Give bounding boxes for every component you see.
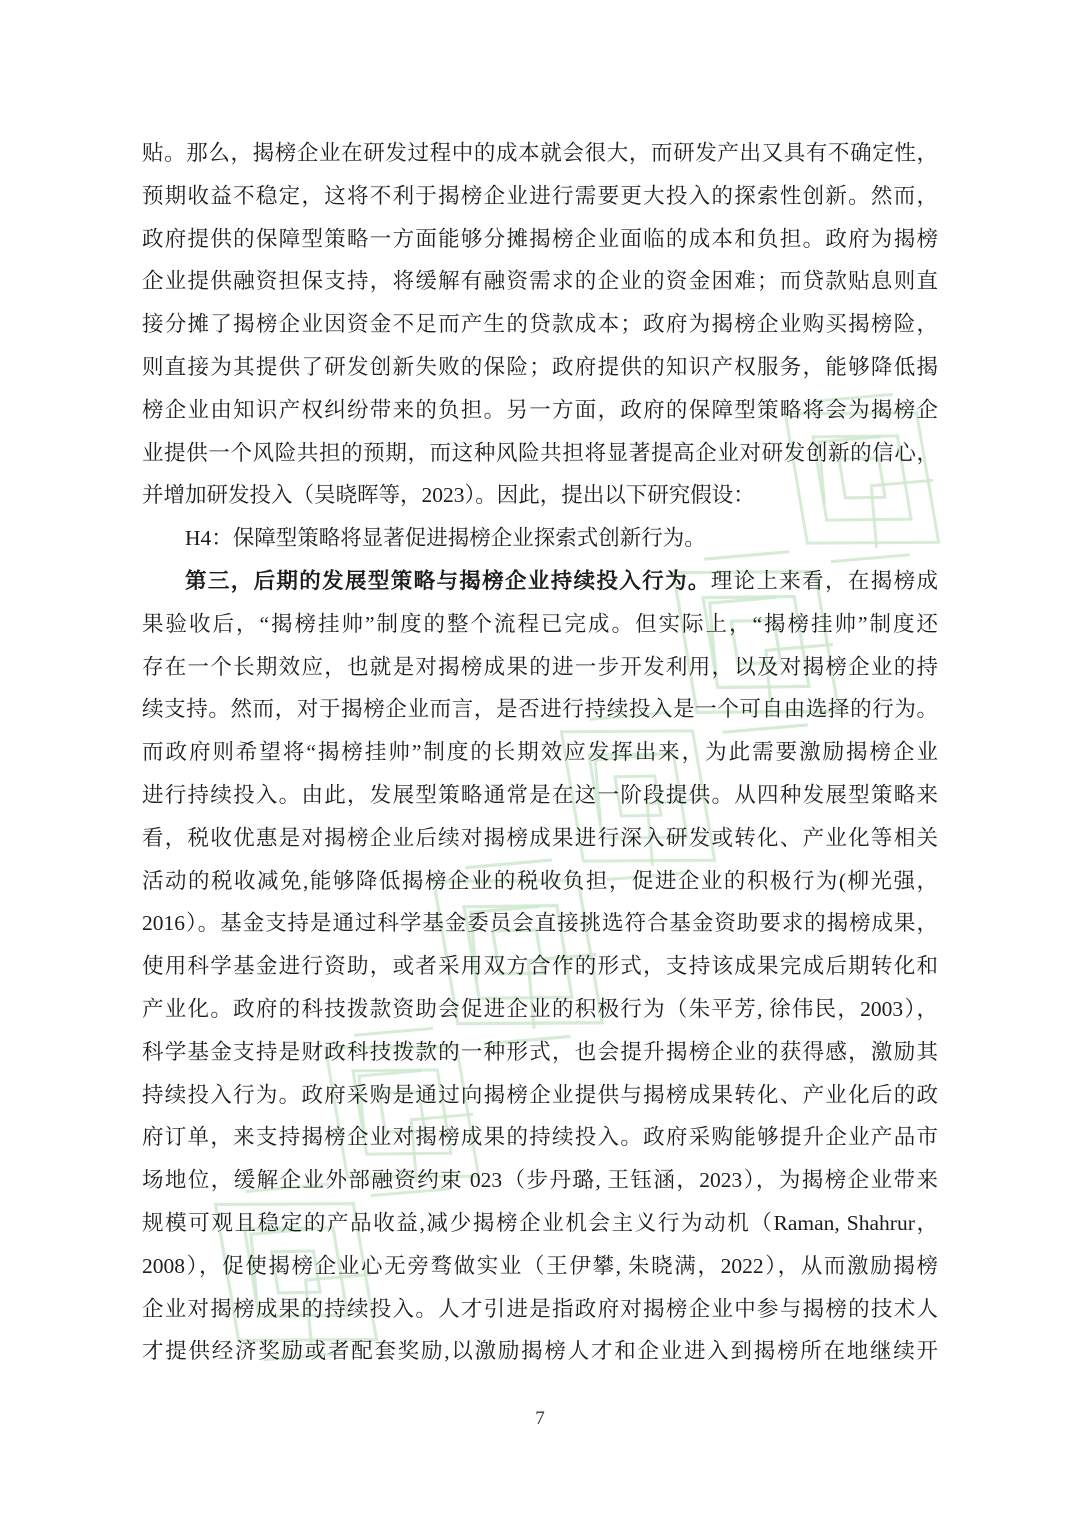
text-line: 则直接为其提供了研发创新失败的保险；政府提供的知识产权服务，能够降低揭 xyxy=(142,346,938,389)
text-line: 存在一个长期效应，也就是对揭榜成果的进一步开发利用，以及对揭榜企业的持 xyxy=(142,646,938,689)
text-line: 接分摊了揭榜企业因资金不足而产生的贷款成本；政府为揭榜企业购买揭榜险， xyxy=(142,303,938,346)
document-page: 贴。那么，揭榜企业在研发过程中的成本就会很大，而研发产出又具有不确定性，预期收益… xyxy=(0,0,1080,1526)
text-line: 续支持。然而，对于揭榜企业而言，是否进行持续投入是一个可自由选择的行为。 xyxy=(142,688,938,731)
text-line: 而政府则希望将“揭榜挂帅”制度的长期效应发挥出来，为此需要激励揭榜企业 xyxy=(142,731,938,774)
page-body-text: 贴。那么，揭榜企业在研发过程中的成本就会很大，而研发产出又具有不确定性，预期收益… xyxy=(142,132,938,1373)
text-line: 预期收益不稳定，这将不利于揭榜企业进行需要更大投入的探索性创新。然而， xyxy=(142,175,938,218)
text-line: 第三，后期的发展型策略与揭榜企业持续投入行为。理论上来看，在揭榜成 xyxy=(142,560,938,603)
text-line: 政府提供的保障型策略一方面能够分摊揭榜企业面临的成本和负担。政府为揭榜 xyxy=(142,218,938,261)
text-line: 进行持续投入。由此，发展型策略通常是在这一阶段提供。从四种发展型策略来 xyxy=(142,774,938,817)
text-line: 看，税收优惠是对揭榜企业后续对揭榜成果进行深入研发或转化、产业化等相关 xyxy=(142,817,938,860)
bold-run: 第三，后期的发展型策略与揭榜企业持续投入行为。 xyxy=(185,569,711,593)
text-line: 果验收后，“揭榜挂帅”制度的整个流程已完成。但实际上，“揭榜挂帅”制度还 xyxy=(142,603,938,646)
text-line: 业提供一个风险共担的预期，而这种风险共担将显著提高企业对研发创新的信心， xyxy=(142,432,938,475)
text-line: 企业对揭榜成果的持续投入。人才引进是指政府对揭榜企业中参与揭榜的技术人 xyxy=(142,1288,938,1331)
text-line: 持续投入行为。政府采购是通过向揭榜企业提供与揭榜成果转化、产业化后的政 xyxy=(142,1074,938,1117)
text-line: 规模可观且稳定的产品收益,减少揭榜企业机会主义行为动机（Raman, Shahr… xyxy=(142,1202,938,1245)
text-line: 场地位，缓解企业外部融资约束 023（步丹璐, 王钰涵，2023），为揭榜企业带… xyxy=(142,1159,938,1202)
text-line: 2008），促使揭榜企业心无旁骛做实业（王伊攀, 朱晓满，2022），从而激励揭… xyxy=(142,1245,938,1288)
text-line: H4：保障型策略将显著促进揭榜企业探索式创新行为。 xyxy=(142,517,938,560)
text-line: 企业提供融资担保支持，将缓解有融资需求的企业的资金困难；而贷款贴息则直 xyxy=(142,260,938,303)
text-line: 科学基金支持是财政科技拨款的一种形式，也会提升揭榜企业的获得感，激励其 xyxy=(142,1031,938,1074)
text-line: 榜企业由知识产权纠纷带来的负担。另一方面，政府的保障型策略将会为揭榜企 xyxy=(142,389,938,432)
text-line: 并增加研发投入（吴晓晖等，2023）。因此，提出以下研究假设： xyxy=(142,474,938,517)
text-line: 才提供经济奖励或者配套奖励,以激励揭榜人才和企业进入到揭榜所在地继续开 xyxy=(142,1330,938,1373)
text-line: 贴。那么，揭榜企业在研发过程中的成本就会很大，而研发产出又具有不确定性， xyxy=(142,132,938,175)
page-number: 7 xyxy=(0,1408,1080,1430)
text-line: 府订单，来支持揭榜企业对揭榜成果的持续投入。政府采购能够提升企业产品市 xyxy=(142,1116,938,1159)
text-run: 理论上来看，在揭榜成 xyxy=(711,569,938,593)
text-line: 2016）。基金支持是通过科学基金委员会直接挑选符合基金资助要求的揭榜成果， xyxy=(142,902,938,945)
text-line: 活动的税收减免,能够降低揭榜企业的税收负担，促进企业的积极行为(柳光强， xyxy=(142,860,938,903)
text-line: 产业化。政府的科技拨款资助会促进企业的积极行为（朱平芳, 徐伟民，2003）， xyxy=(142,988,938,1031)
text-line: 使用科学基金进行资助，或者采用双方合作的形式，支持该成果完成后期转化和 xyxy=(142,945,938,988)
